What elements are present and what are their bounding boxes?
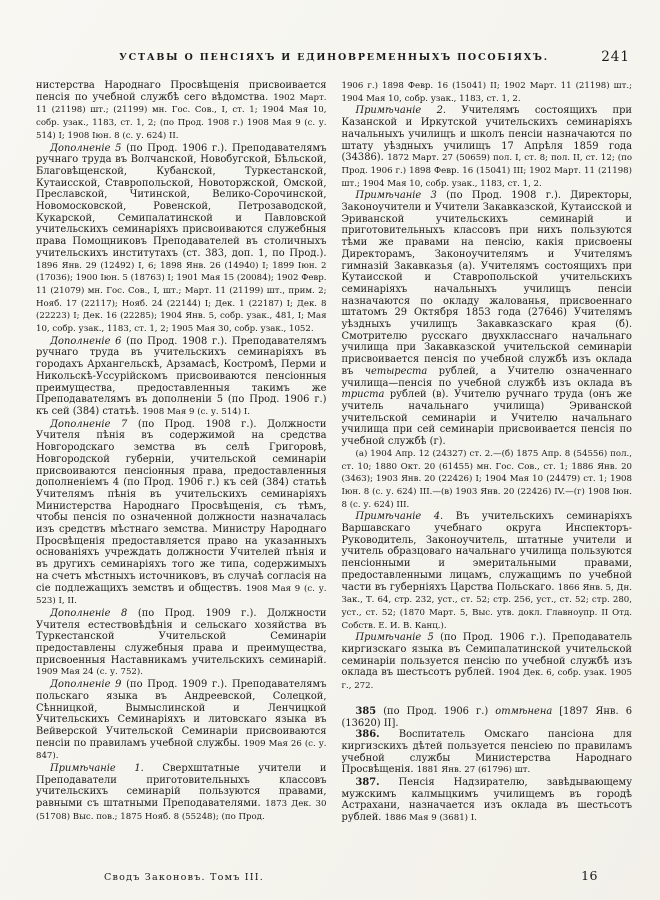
paragraph: Примѣчаніе 2. Учителямъ состоящихъ при К…	[342, 105, 633, 190]
volume-signature: Сводъ Законовъ. Томъ III.	[36, 872, 332, 883]
text-segment: 386.	[356, 729, 380, 740]
page-footer: Сводъ Законовъ. Томъ III. 16	[36, 868, 632, 886]
text-segment: отмѣнена	[495, 706, 552, 717]
text-segment: (по Прод. 1906 г.)	[376, 706, 495, 717]
paragraph: Дополненіе 9 (по Прод. 1909 г.). Препода…	[36, 679, 327, 763]
text-segment: 1908 Мая 9 (с. у. 514) I.	[142, 407, 250, 417]
text-segment: Дополненіе 6	[50, 336, 121, 347]
text-segment: 1886 Мая 9 (3681) I.	[385, 813, 477, 823]
text-segment: Дополненіе 8	[50, 608, 127, 619]
text-segment: (по Прод. 1906 г.). Преподавателямъ ручн…	[36, 143, 327, 259]
text-segment: Дополненіе 9	[50, 679, 121, 690]
paragraph: нистерства Народнаго Просвѣщенія присвои…	[36, 80, 327, 143]
paragraph: Примѣчаніе 5 (по Прод. 1906 г.). Препода…	[342, 632, 633, 693]
text-segment: Дополненіе 7	[50, 419, 127, 430]
paragraph: Примѣчаніе 3 (по Прод. 1908 г.). Директо…	[342, 190, 633, 447]
paragraph: 385 (по Прод. 1906 г.) отмѣнена [1897 Ян…	[342, 706, 633, 729]
text-segment: (по Прод. 1908 г.). Должности Учителя пѣ…	[36, 419, 327, 594]
sheet-number: 16	[581, 868, 598, 883]
text-segment: Въ учительскихъ семинаріяхъ Варшавскаго …	[342, 511, 633, 592]
running-header: УСТАВЫ О ПЕНСІЯХЪ И ЕДИНОВРЕМЕННЫХЪ ПОСО…	[36, 52, 632, 68]
column-right: 1906 г.) 1898 Февр. 16 (15041) II; 1902 …	[342, 80, 633, 860]
paragraph: Дополненіе 8 (по Прод. 1909 г.). Должнос…	[36, 608, 327, 679]
text-segment: Примѣчаніе 5	[356, 632, 434, 643]
page-title: УСТАВЫ О ПЕНСІЯХЪ И ЕДИНОВРЕМЕННЫХЪ ПОСО…	[36, 52, 632, 63]
text-segment: (по Прод. 1908 г.). Директоры, Законоучи…	[342, 190, 633, 377]
text-segment: 1906 г.) 1898 Февр. 16 (15041) II; 1902 …	[342, 81, 633, 104]
text-segment: рублей (в). Учителю ручнаго труда (онъ ж…	[342, 389, 633, 447]
paragraph: Примѣчаніе 4. Въ учительскихъ семинаріях…	[342, 511, 633, 632]
text-segment: 1896 Янв. 29 (12492) I, 6; 1898 Янв. 26 …	[36, 261, 327, 335]
text-segment: (а) 1904 Апр. 12 (24327) ст. 2.—(б) 1875…	[342, 449, 633, 510]
paragraph: 387. Пенсія Надзирателю, завѣдывающему м…	[342, 777, 633, 825]
text-segment: Примѣчаніе 3	[356, 190, 437, 201]
paragraph: Примѣчаніе 1. Сверхштатные учители и Пре…	[36, 763, 327, 824]
text-segment: триста	[342, 389, 385, 400]
text-segment: Дополненіе 5	[50, 143, 121, 154]
paragraph: Дополненіе 5 (по Прод. 1906 г.). Препода…	[36, 143, 327, 336]
text-segment: 1909 Мая 24 (с. у. 752).	[36, 667, 143, 677]
text-segment: 1881 Янв. 27 (61796) шт.	[417, 765, 531, 775]
text-segment: (по Прод. 1908 г.). Преподавателямъ ручн…	[36, 336, 327, 417]
paragraph: 1906 г.) 1898 Февр. 16 (15041) II; 1902 …	[342, 80, 633, 105]
paragraph: Дополненіе 6 (по Прод. 1908 г.). Препода…	[36, 336, 327, 419]
paragraph: Дополненіе 7 (по Прод. 1908 г.). Должнос…	[36, 419, 327, 608]
paragraph: 386. Воспитатель Омскаго пансіона для ки…	[342, 729, 633, 777]
text-segment: Примѣчаніе 4.	[356, 511, 444, 522]
text-segment: 387.	[356, 777, 380, 788]
text-body: нистерства Народнаго Просвѣщенія присвои…	[36, 80, 632, 860]
column-left: нистерства Народнаго Просвѣщенія присвои…	[36, 80, 327, 860]
text-segment: Примѣчаніе 1.	[50, 763, 144, 774]
page-number: 241	[601, 49, 630, 65]
text-segment: Примѣчаніе 2.	[356, 105, 447, 116]
paragraph: (а) 1904 Апр. 12 (24327) ст. 2.—(б) 1875…	[342, 448, 633, 512]
text-segment: четыреста	[365, 366, 427, 377]
scanned-law-page: УСТАВЫ О ПЕНСІЯХЪ И ЕДИНОВРЕМЕННЫХЪ ПОСО…	[0, 0, 660, 900]
text-segment: 385	[356, 706, 377, 717]
